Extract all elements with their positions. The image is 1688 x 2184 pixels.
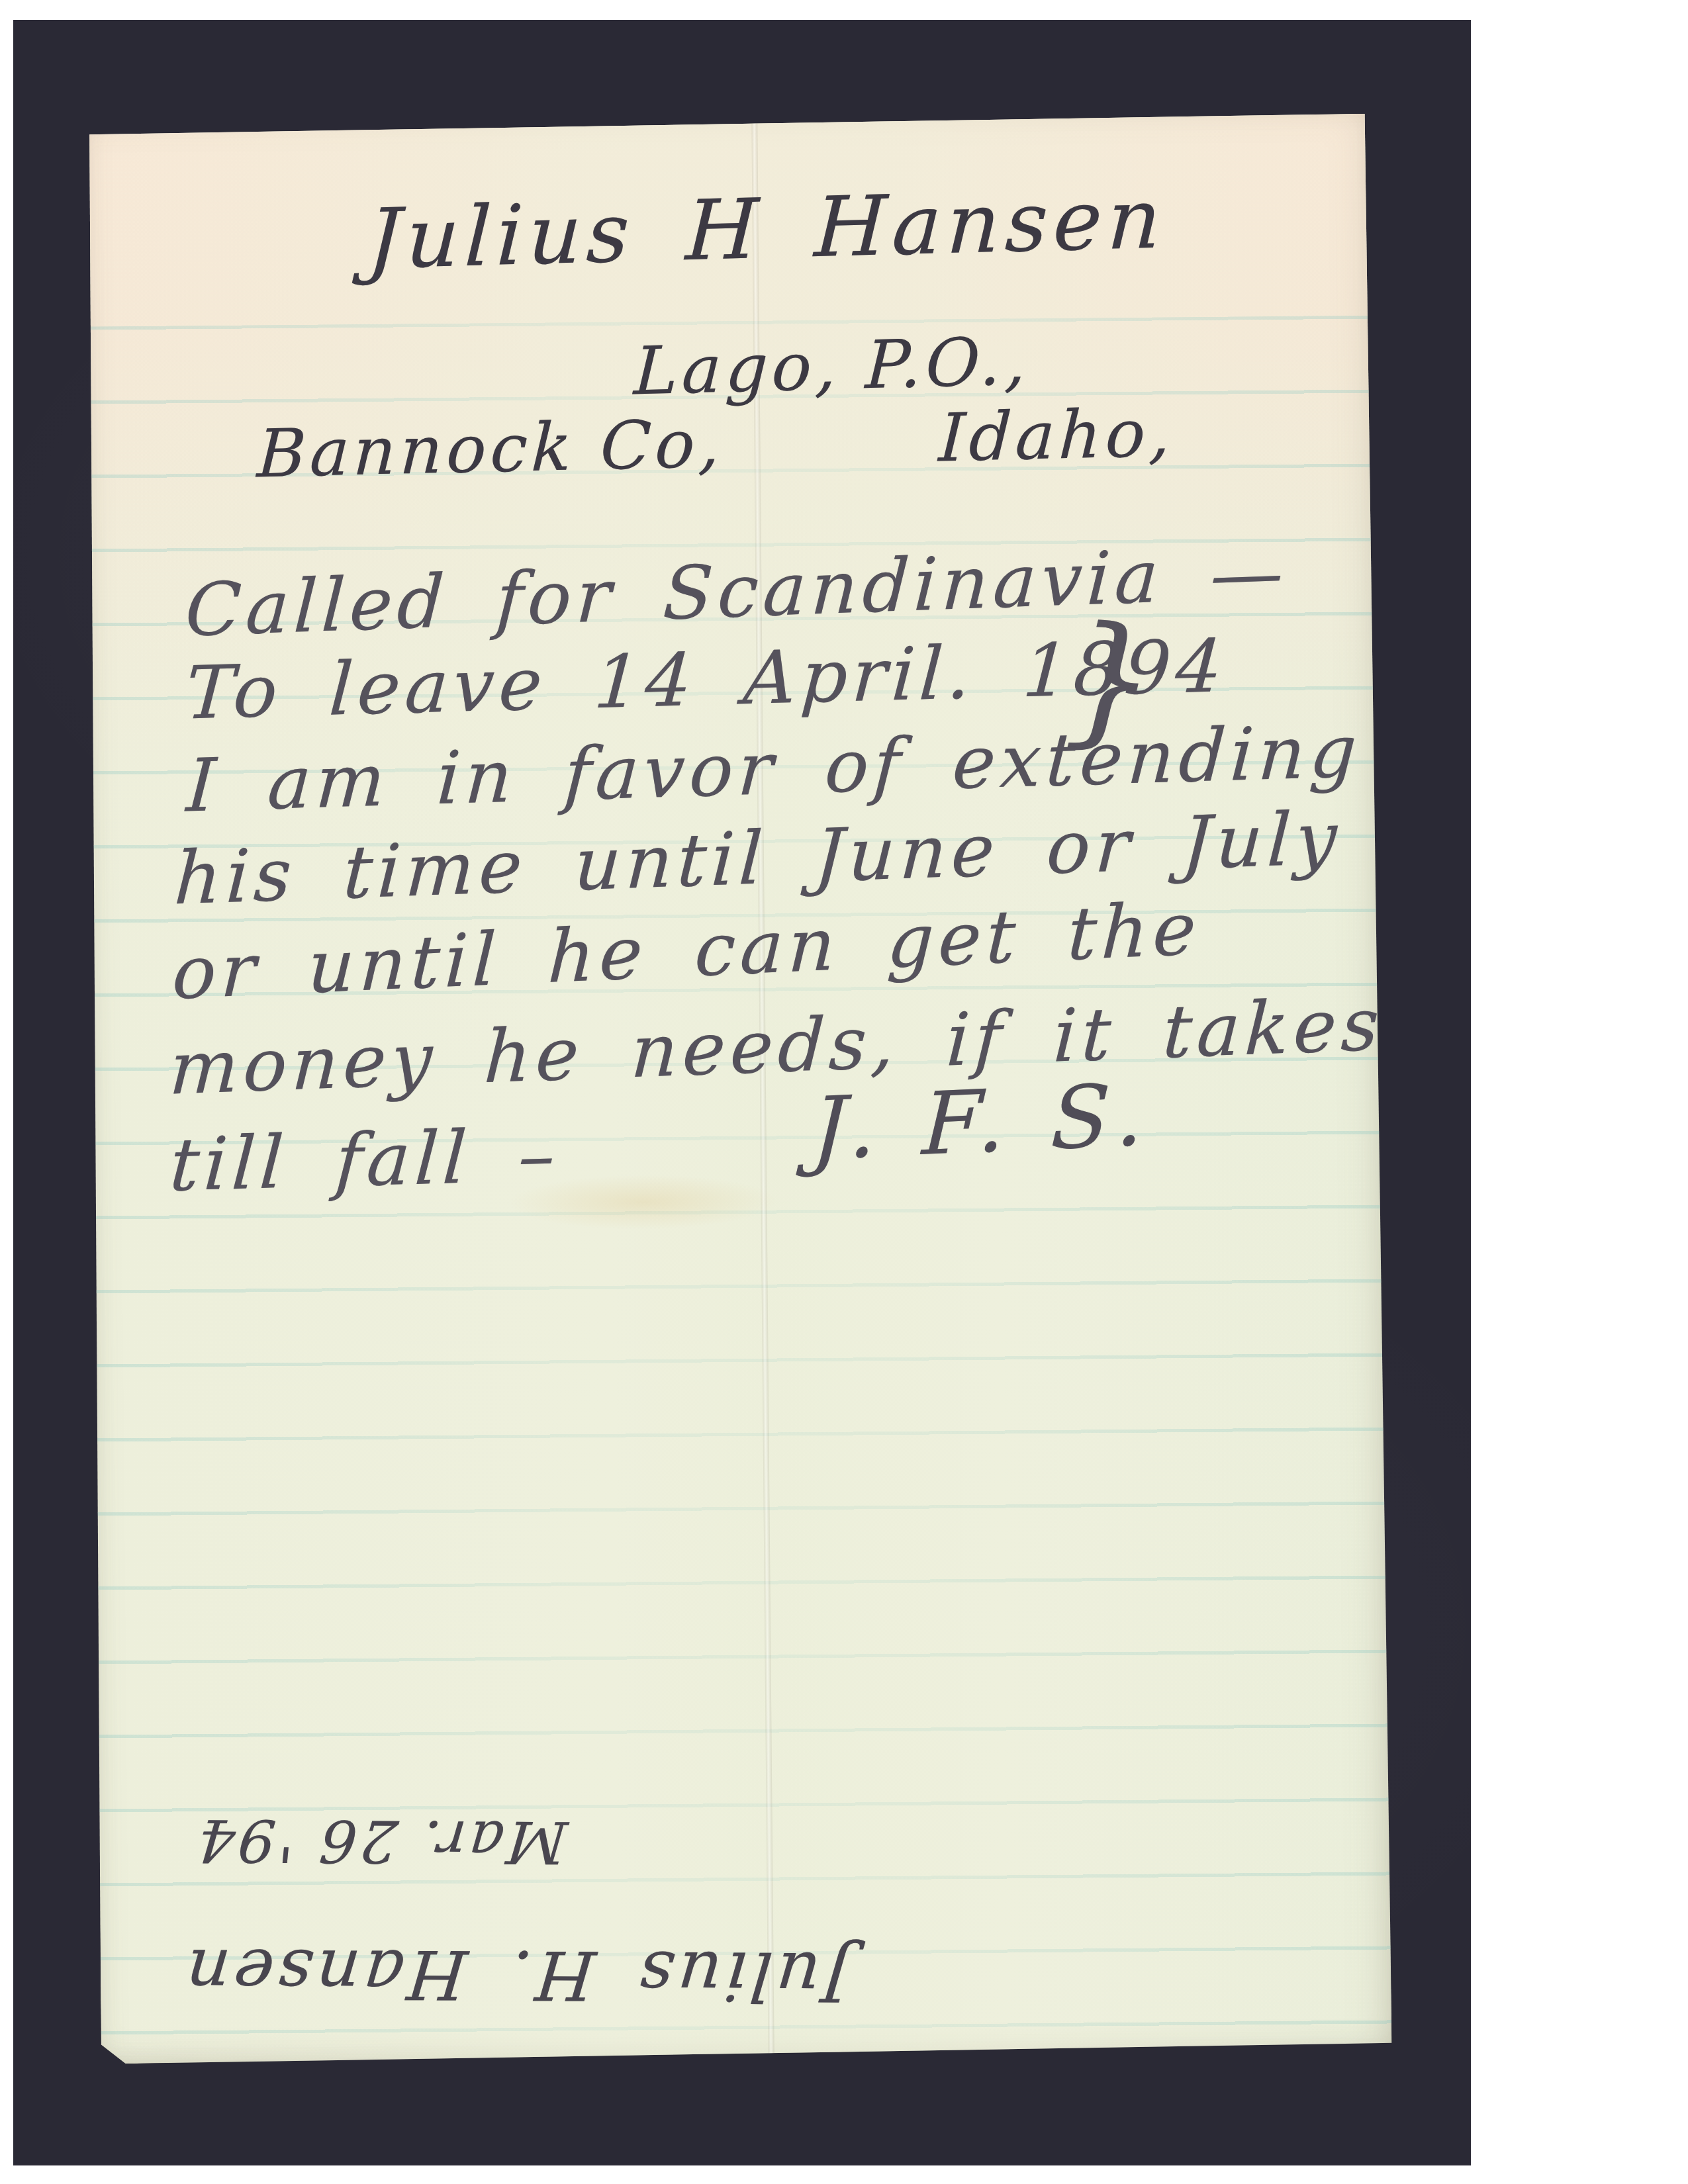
initials-jfs: J. F. S. <box>810 1071 1154 1173</box>
footer-date: Mar. 26 '94 <box>107 1811 569 1872</box>
header-county: Bannock Co, <box>256 410 726 487</box>
letter-paper: Julius H Hansen Lago, P.O., Bannock Co, … <box>84 114 1391 2064</box>
footer-signature: Julius H. Hansen <box>107 1938 854 2010</box>
body-line-till-fall: till fall – <box>168 1118 562 1202</box>
header-post-office: Lago, P.O., <box>633 328 1031 405</box>
footer-rotated-block: Julius H. Hansen Mar. 26 '94 <box>109 1811 852 2010</box>
scanned-page: Julius H Hansen Lago, P.O., Bannock Co, … <box>0 0 1688 2184</box>
header-state: Idaho, <box>937 400 1176 471</box>
header-name: Julius H Hansen <box>366 177 1168 281</box>
